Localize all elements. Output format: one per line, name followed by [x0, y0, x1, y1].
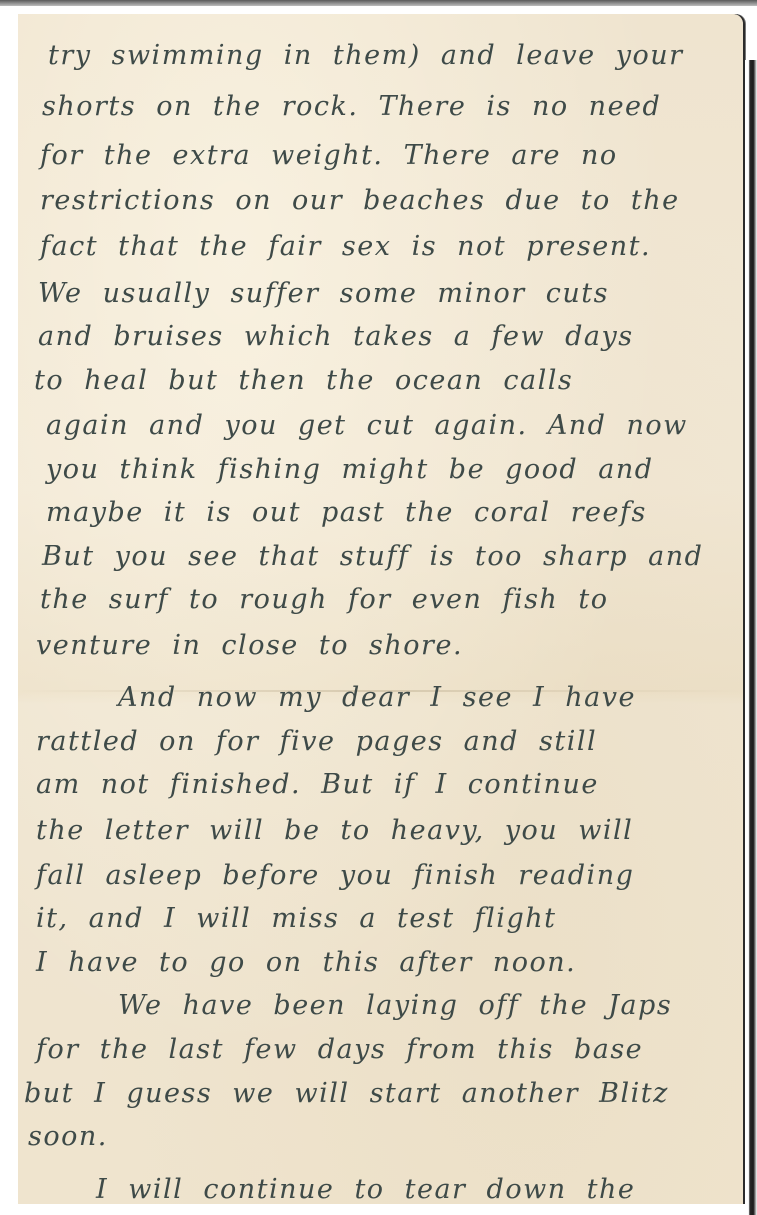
letter-line: fall asleep before you finish reading [36, 862, 634, 889]
letter-line: shorts on the rock. There is no need [42, 93, 661, 120]
letter-line: again and you get cut again. And now [46, 412, 688, 439]
letter-line: you think fishing might be good and [46, 456, 654, 483]
letter-line: We have been laying off the Japs [118, 992, 672, 1019]
letter-line: maybe it is out past the coral reefs [46, 499, 647, 526]
letter-line: And now my dear I see I have [118, 684, 636, 711]
letter-line: venture in close to shore. [36, 632, 463, 659]
letter-body: try swimming in them) and leave yourshor… [0, 0, 757, 1215]
letter-line: rattled on for five pages and still [36, 728, 597, 755]
letter-line: for the extra weight. There are no [40, 142, 618, 169]
letter-line: to heal but then the ocean calls [34, 367, 573, 394]
letter-line: I have to go on this after noon. [36, 949, 576, 976]
letter-line: restrictions on our beaches due to the [40, 187, 680, 214]
letter-line: the letter will be to heavy, you will [36, 817, 633, 844]
letter-line: am not finished. But if I continue [36, 771, 599, 798]
letter-line: fact that the fair sex is not present. [40, 233, 651, 260]
letter-line: soon. [28, 1123, 108, 1150]
letter-line: and bruises which takes a few days [38, 323, 634, 350]
letter-line: But you see that stuff is too sharp and [42, 543, 703, 570]
letter-line: the surf to rough for even fish to [40, 586, 609, 613]
letter-line: it, and I will miss a test flight [36, 905, 556, 932]
letter-line: try swimming in them) and leave your [48, 42, 684, 69]
letter-line: I will continue to tear down the [96, 1176, 635, 1203]
letter-line: but I guess we will start another Blitz [24, 1080, 669, 1107]
letter-line: for the last few days from this base [36, 1036, 643, 1063]
letter-line: We usually suffer some minor cuts [38, 280, 609, 307]
